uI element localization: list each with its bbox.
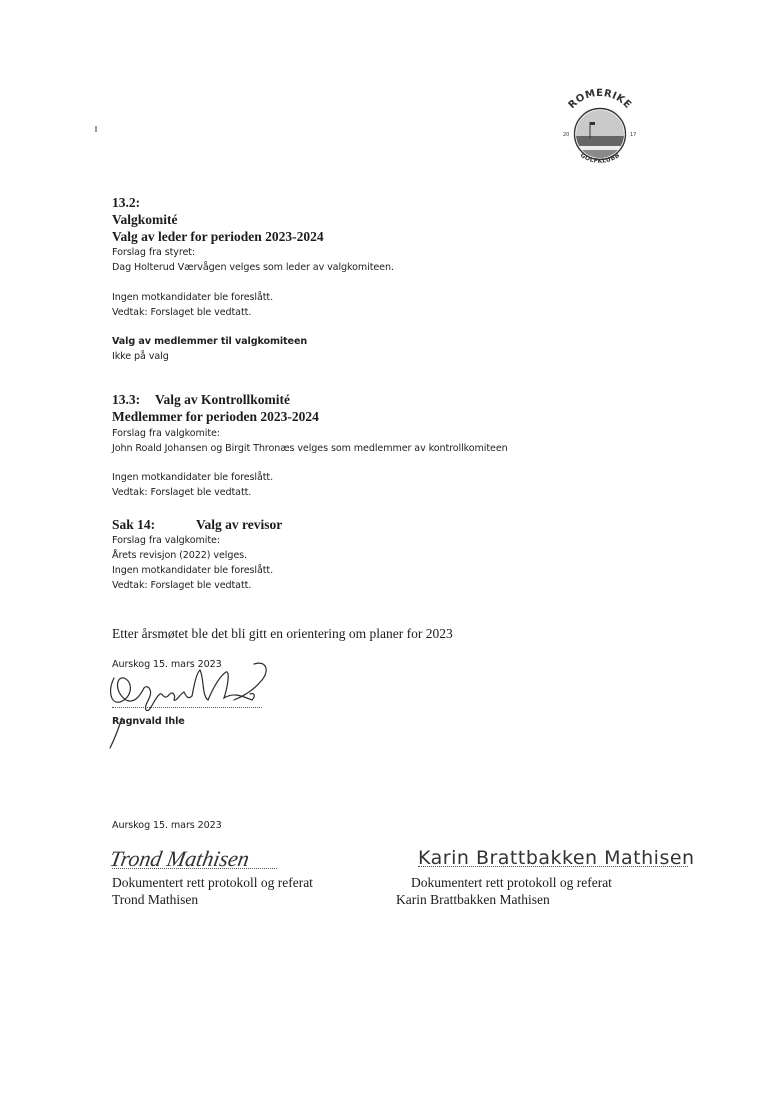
section-13-2-proposal: Dag Holterud Værvågen velges som leder a… <box>112 262 394 273</box>
section-13-2-title: Valgkomité <box>112 212 178 228</box>
section-14-proposal: Årets revisjon (2022) velges. <box>112 550 247 561</box>
section-13-2-members-heading: Valg av medlemmer til valgkomiteen <box>112 336 307 347</box>
left-handwritten-signature: Trond Mathisen <box>108 836 298 876</box>
left-role: Dokumentert rett protokoll og referat <box>112 875 313 891</box>
section-13-3-decision: Vedtak: Forslaget ble vedtatt. <box>112 487 251 498</box>
chair-handwritten-signature <box>104 656 274 751</box>
section-13-3-title: Valg av Kontrollkomité <box>155 392 290 408</box>
right-role: Dokumentert rett protokoll og referat <box>411 875 612 891</box>
section-13-3-subtitle: Medlemmer for perioden 2023-2024 <box>112 409 319 425</box>
section-13-2-members-status: Ikke på valg <box>112 351 169 362</box>
section-13-2-no-candidates: Ingen motkandidater ble foreslått. <box>112 292 273 303</box>
right-name: Karin Brattbakken Mathisen <box>396 892 550 908</box>
left-signature-line <box>112 868 277 869</box>
section-13-3-proposal: John Roald Johansen og Birgit Thronæs ve… <box>112 443 508 454</box>
section-14-decision: Vedtak: Forslaget ble vedtatt. <box>112 580 251 591</box>
scan-speck <box>95 126 97 132</box>
chair-signature-line <box>112 707 262 708</box>
svg-text:20: 20 <box>563 132 569 138</box>
closing-note: Etter årsmøtet ble det bli gitt en orien… <box>112 626 453 642</box>
section-13-2-proposal-from: Forslag fra styret: <box>112 247 195 258</box>
club-logo: ROMERIKE GOLFKLUBB 20 17 <box>550 78 650 178</box>
section-13-2-number: 13.2: <box>112 195 140 211</box>
right-handwritten-signature: Karin Brattbakken Mathisen <box>410 838 710 874</box>
document-page: ROMERIKE GOLFKLUBB 20 17 13.2: Valgkomit… <box>0 0 772 1093</box>
section-13-2-decision: Vedtak: Forslaget ble vedtatt. <box>112 307 251 318</box>
right-signature-line <box>418 866 688 867</box>
section-13-3-proposal-from: Forslag fra valgkomite: <box>112 428 220 439</box>
section-13-3-number: 13.3: <box>112 392 140 408</box>
svg-text:17: 17 <box>630 132 636 138</box>
chair-name: Ragnvald Ihle <box>112 716 185 727</box>
left-name: Trond Mathisen <box>112 892 198 908</box>
section-14-no-candidates: Ingen motkandidater ble foreslått. <box>112 565 273 576</box>
section-14-number: Sak 14: <box>112 517 155 533</box>
bottom-place-date: Aurskog 15. mars 2023 <box>112 820 222 831</box>
section-13-2-subtitle: Valg av leder for perioden 2023-2024 <box>112 229 324 245</box>
section-14-proposal-from: Forslag fra valgkomite: <box>112 535 220 546</box>
section-14-title: Valg av revisor <box>196 517 282 533</box>
svg-text:ROMERIKE: ROMERIKE <box>567 88 634 111</box>
section-13-3-no-candidates: Ingen motkandidater ble foreslått. <box>112 472 273 483</box>
